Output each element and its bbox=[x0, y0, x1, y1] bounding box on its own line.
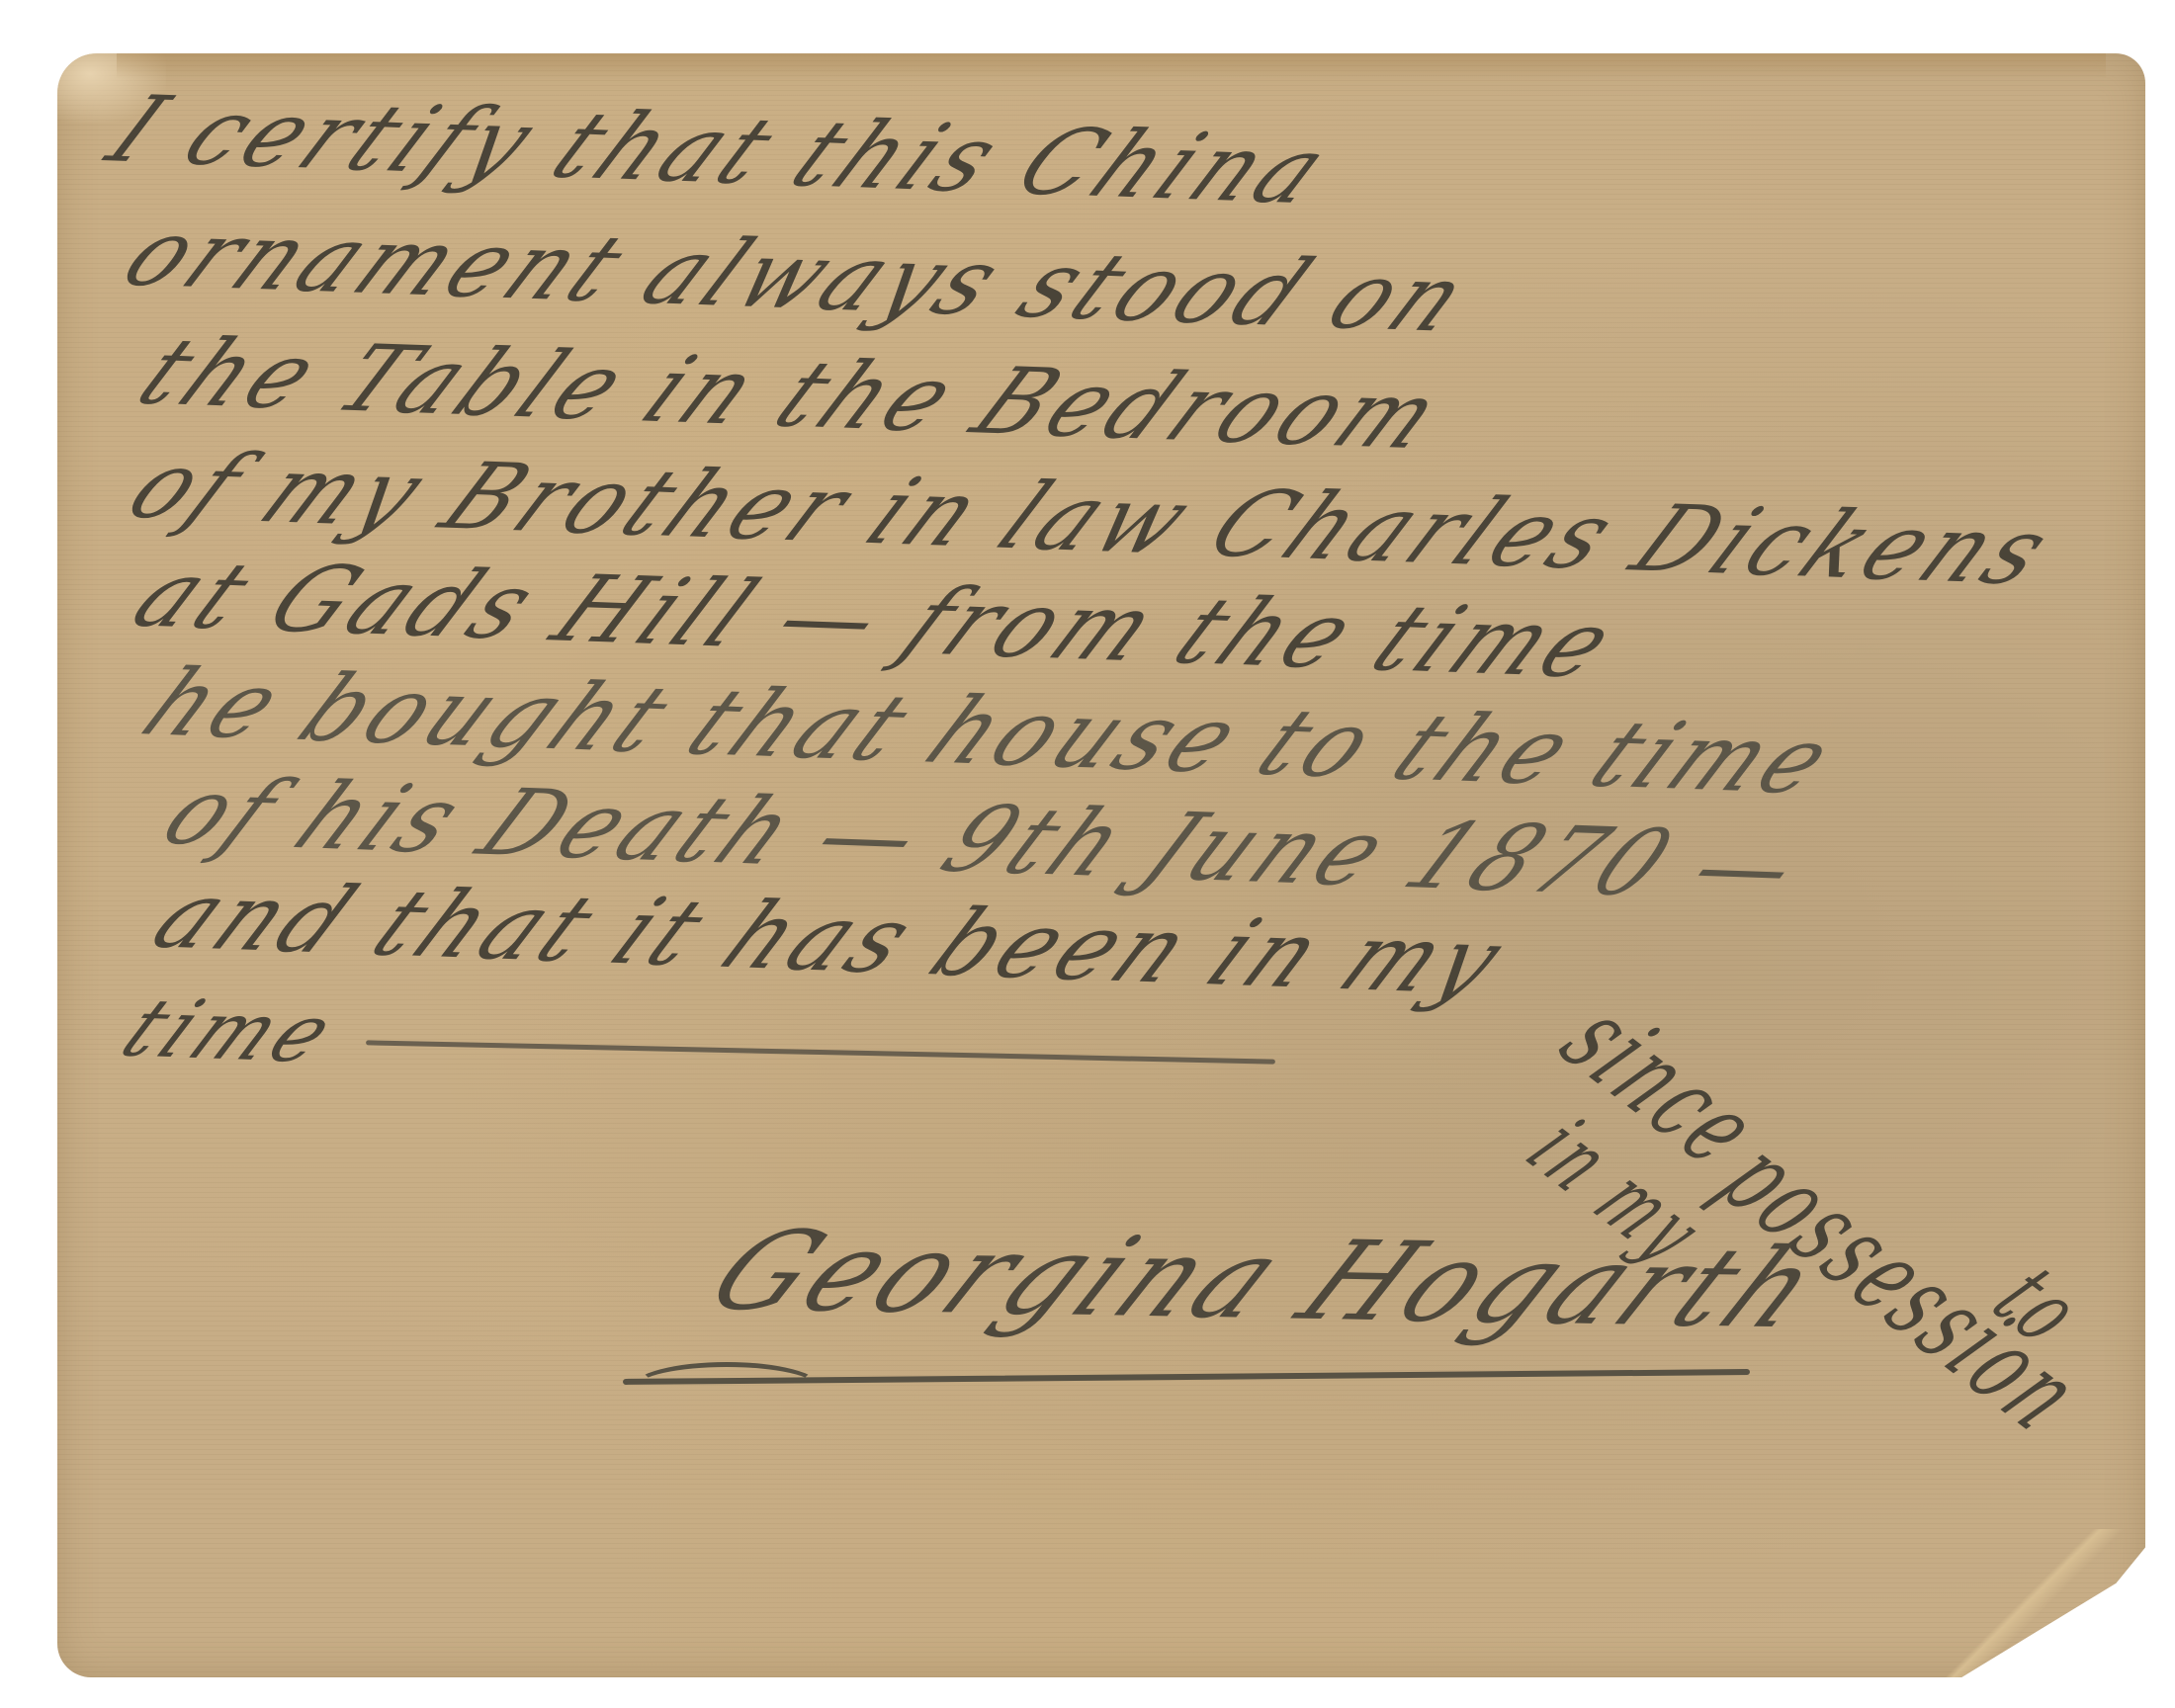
torn-corner bbox=[1908, 1529, 2145, 1677]
signature-flourish bbox=[633, 1362, 821, 1411]
signature: Georgina Hogarth bbox=[692, 1216, 1844, 1343]
edge-stain bbox=[117, 53, 2106, 79]
